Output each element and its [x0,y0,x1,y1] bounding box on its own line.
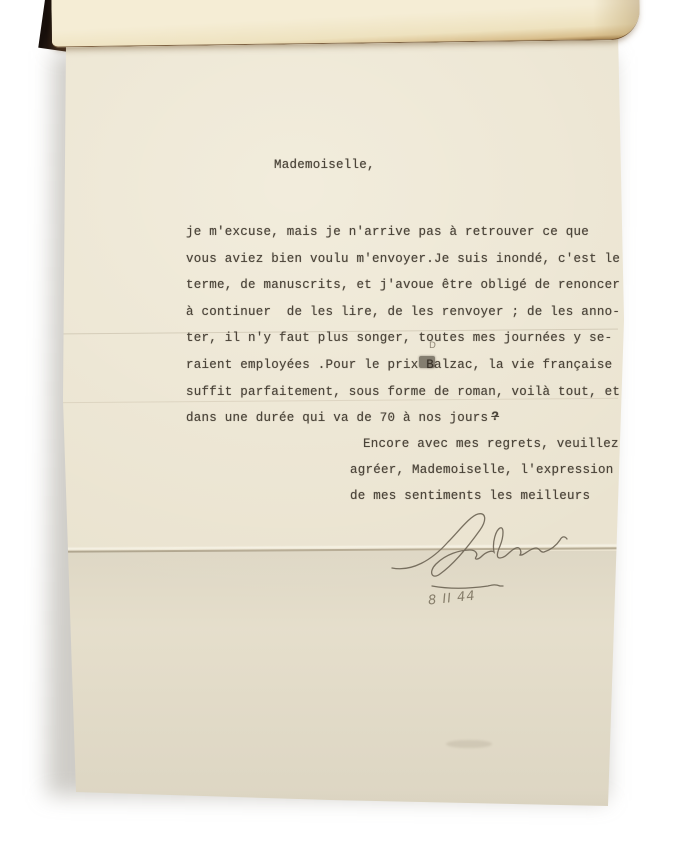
faint-pencil-smudge [446,740,492,748]
body-line: dans une durée qui va de 70 à nos jours? [186,405,620,432]
overtyped-correction-blob [419,356,435,368]
letter-page: Mademoiselle, je m'excuse, mais je n'arr… [0,0,700,850]
body-line: à continuer de les lire, de les renvoyer… [186,299,620,326]
curled-page-flap [51,0,640,48]
body-line: raient employées .Pour le prix Balzac, l… [186,352,620,379]
closing-block: Encore avec mes regrets, veuillez agréer… [350,431,619,510]
body-line: vous aviez bien voulu m'envoyer.Je suis … [186,246,620,273]
signature-underline-flourish [432,585,503,588]
below-fold-shading [0,551,700,813]
salutation: Mademoiselle, [274,158,375,172]
body-line: ter, il n'y faut plus songer, toutes mes… [186,325,620,352]
body-line-text: dans une durée qui va de 70 à nos jours [186,411,488,425]
handwritten-signature [388,506,588,598]
typed-correction-mark: D [429,341,436,351]
closing-line: agréer, Mademoiselle, l'expression [350,457,619,483]
body-line: terme, de manuscrits, et j'avoue être ob… [186,272,620,299]
photo-of-typed-letter: Mademoiselle, je m'excuse, mais je n'arr… [0,0,700,850]
body-line: suffit parfaitement, sous forme de roman… [186,379,620,406]
closing-line: Encore avec mes regrets, veuillez [350,431,619,457]
letter-body: je m'excuse, mais je n'arrive pas à retr… [186,219,620,432]
signature-stroke [392,514,567,576]
body-line: je m'excuse, mais je n'arrive pas à retr… [186,219,620,246]
struck-out-character: ? [491,403,499,431]
